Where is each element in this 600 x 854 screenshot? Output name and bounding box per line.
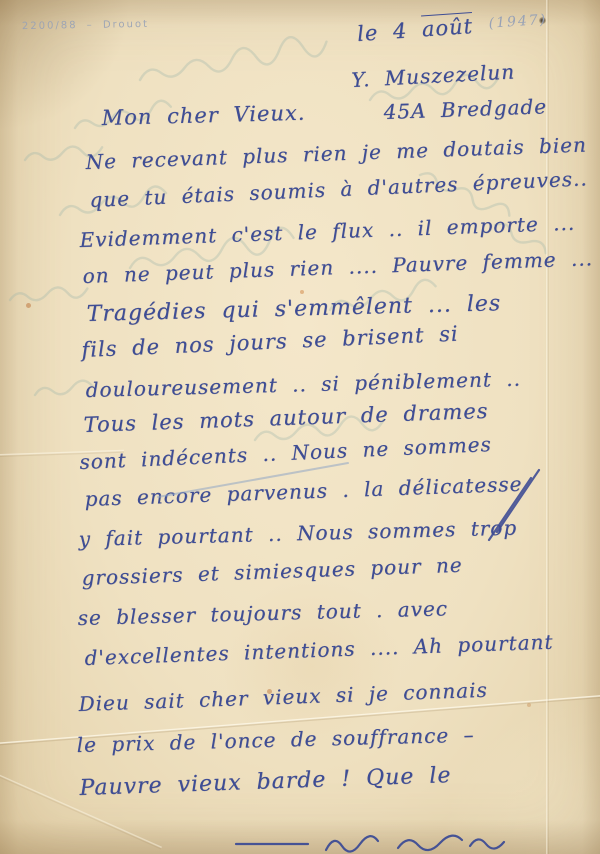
clipped-bottom-line [236, 836, 504, 852]
letter-page: 2200/88 – Drouot le 4 août(1947) Y. Musz… [0, 0, 600, 854]
ink-flourish-layer [0, 0, 600, 854]
